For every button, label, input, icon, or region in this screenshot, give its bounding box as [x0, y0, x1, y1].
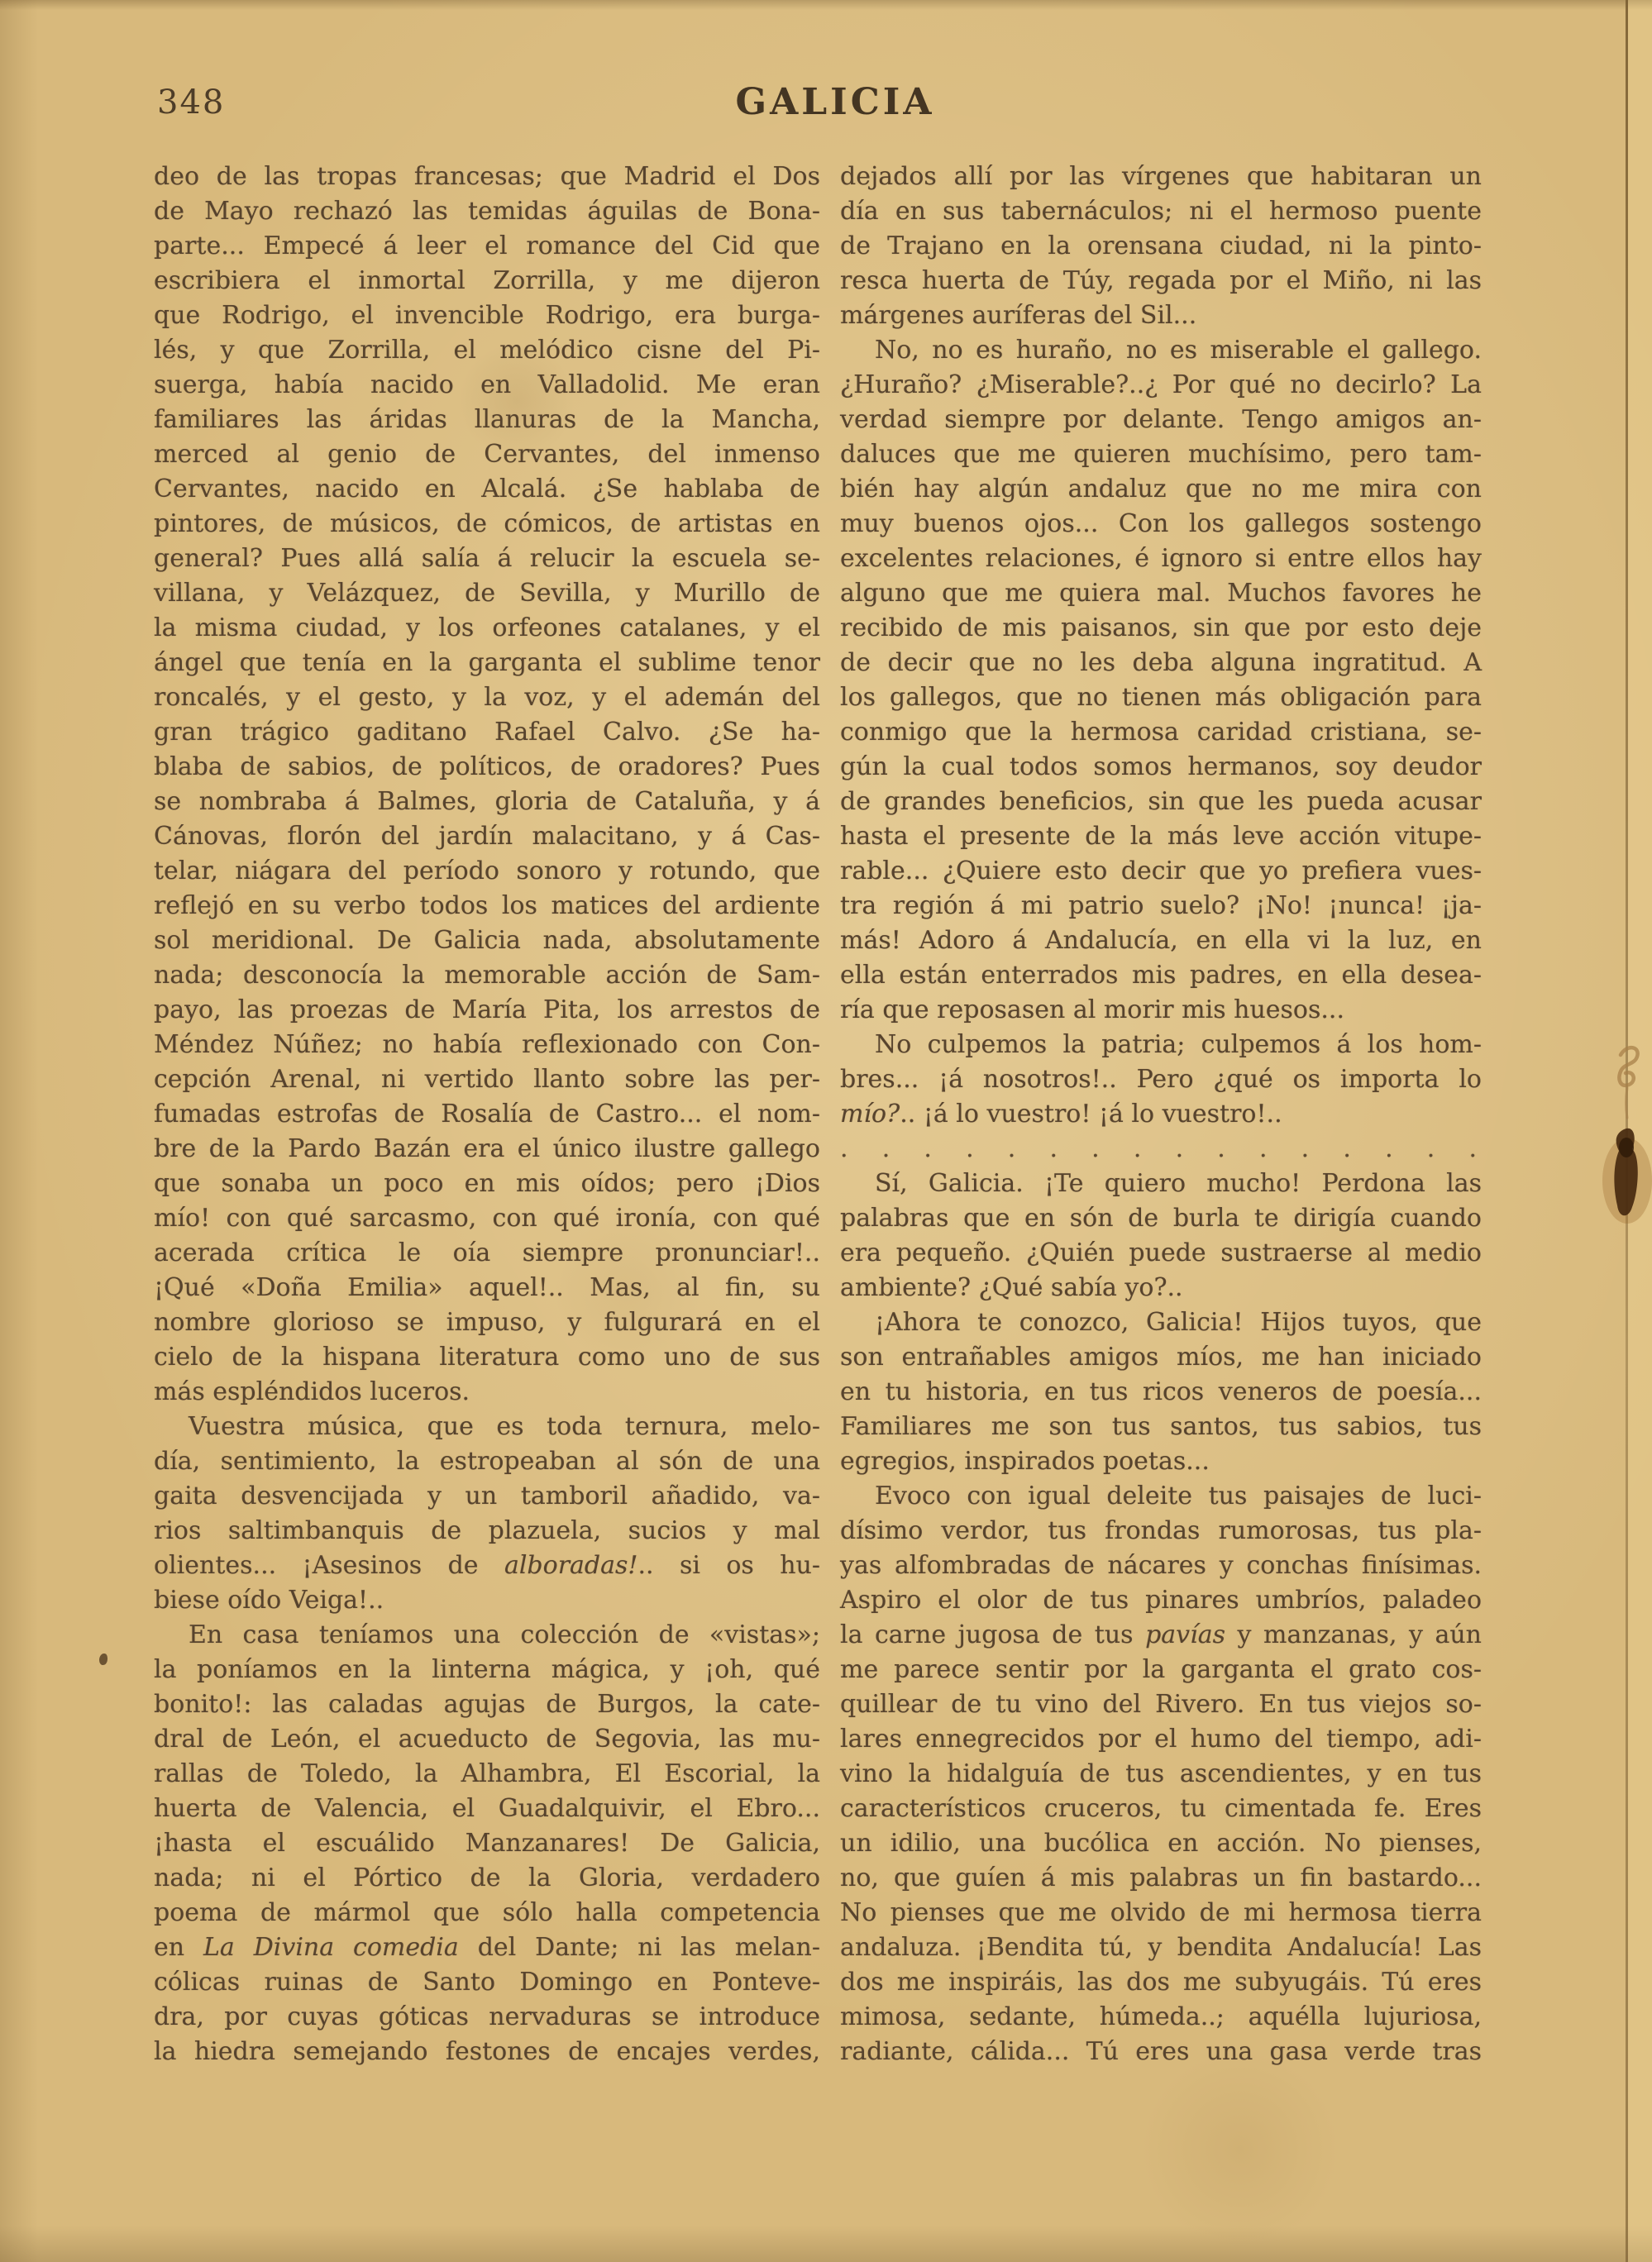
text-line: ¡Qué «Doña Emilia» aquel!.. Mas, al fin,…	[154, 1271, 820, 1305]
text-line: egregios, inspirados poetas...	[840, 1444, 1482, 1479]
text-line: acerada crítica le oía siempre pronuncia…	[154, 1236, 820, 1271]
right-text-column: dejados allí por las vírgenes que habita…	[840, 160, 1482, 2069]
text-line: gún la cual todos somos hermanos, soy de…	[840, 750, 1482, 785]
text-line: dejados allí por las vírgenes que habita…	[840, 160, 1482, 194]
ink-squiggle-mark	[1596, 1040, 1652, 1123]
text-line: bre de la Pardo Bazán era el único ilust…	[154, 1132, 820, 1167]
text-line: la poníamos en la linterna mágica, y ¡oh…	[154, 1653, 820, 1687]
text-line: muy buenos ojos... Con los gallegos sost…	[840, 507, 1482, 542]
ink-dot-mark	[99, 1654, 107, 1665]
text-line: lares ennegrecidos por el humo del tiemp…	[840, 1722, 1482, 1757]
text-line: No culpemos la patria; culpemos á los ho…	[840, 1028, 1482, 1062]
text-line: cielo de la hispana literatura como uno …	[154, 1340, 820, 1375]
text-line: márgenes auríferas del Sil...	[840, 298, 1482, 333]
text-line: merced al genio de Cervantes, del inmens…	[154, 437, 820, 472]
text-line: No pienses que me olvido de mi hermosa t…	[840, 1896, 1482, 1930]
text-line: Aspiro el olor de tus pinares umbríos, p…	[840, 1583, 1482, 1618]
text-line: reflejó en su verbo todos los matices de…	[154, 889, 820, 923]
text-line: tra región á mi patrio suelo? ¡No! ¡nunc…	[840, 889, 1482, 923]
text-line: yas alfombradas de nácares y conchas fin…	[840, 1549, 1482, 1583]
text-line: verdad siempre por delante. Tengo amigos…	[840, 403, 1482, 437]
text-line: . . . . . . . . . . . . . . . .	[840, 1132, 1482, 1167]
text-line: son entrañables amigos míos, me han inic…	[840, 1340, 1482, 1375]
text-line: deo de las tropas francesas; que Madrid …	[154, 160, 820, 194]
text-line: cepción Arenal, ni vertido llanto sobre …	[154, 1062, 820, 1097]
text-line: en tu historia, en tus ricos veneros de …	[840, 1375, 1482, 1410]
text-line: ría que reposasen al morir mis huesos...	[840, 993, 1482, 1028]
text-line: Cervantes, nacido en Alcalá. ¿Se hablaba…	[154, 472, 820, 507]
text-line: característicos cruceros, tu cimentada f…	[840, 1792, 1482, 1826]
text-line: Cánovas, florón del jardín malacitano, y…	[154, 819, 820, 854]
text-line: rallas de Toledo, la Alhambra, El Escori…	[154, 1757, 820, 1792]
text-line: hasta el presente de la más leve acción …	[840, 819, 1482, 854]
text-line: En casa teníamos una colección de «vista…	[154, 1618, 820, 1653]
text-line: de Mayo rechazó las temidas águilas de B…	[154, 194, 820, 229]
text-line: rios saltimbanquis de plazuela, sucios y…	[154, 1514, 820, 1549]
text-line: la hiedra semejando festones de encajes …	[154, 2035, 820, 2069]
text-line: más espléndidos luceros.	[154, 1375, 820, 1410]
text-line: quillear de tu vino del Rivero. En tus v…	[840, 1687, 1482, 1722]
text-line: lés, y que Zorrilla, el melódico cisne d…	[154, 333, 820, 368]
text-line: dos me inspiráis, las dos me subyugáis. …	[840, 1965, 1482, 2000]
text-line: ¡hasta el escuálido Manzanares! De Galic…	[154, 1826, 820, 1861]
text-line: nada; ni el Pórtico de la Gloria, verdad…	[154, 1861, 820, 1896]
text-line: mío! con qué sarcasmo, con qué ironía, c…	[154, 1201, 820, 1236]
page-title: GALICIA	[709, 81, 961, 123]
text-line: bres... ¡á nosotros!.. Pero ¿qué os impo…	[840, 1062, 1482, 1097]
text-line: pintores, de músicos, de cómicos, de art…	[154, 507, 820, 542]
text-line: ángel que tenía en la garganta el sublim…	[154, 646, 820, 680]
page-number: 348	[157, 84, 225, 122]
text-line: palabras que en són de burla te dirigía …	[840, 1201, 1482, 1236]
text-line: más! Adoro á Andalucía, en ella vi la lu…	[840, 923, 1482, 958]
text-line: bién hay algún andaluz que no me mira co…	[840, 472, 1482, 507]
text-line: los gallegos, que no tienen más obligaci…	[840, 680, 1482, 715]
text-line: excelentes relaciones, é ignoro si entre…	[840, 542, 1482, 576]
scanned-book-page: { "page": { "number": "348", "title": "G…	[0, 0, 1652, 2262]
text-line: Familiares me son tus santos, tus sabios…	[840, 1410, 1482, 1444]
text-line: sol meridional. De Galicia nada, absolut…	[154, 923, 820, 958]
text-line: mío?.. ¡á lo vuestro! ¡á lo vuestro!..	[840, 1097, 1482, 1132]
text-line: ella están enterrados mis padres, en ell…	[840, 958, 1482, 993]
text-line: se nombraba á Balmes, gloria de Cataluña…	[154, 785, 820, 819]
text-line: mimosa, sedante, húmeda..; aquélla lujur…	[840, 2000, 1482, 2035]
text-line: blaba de sabios, de políticos, de orador…	[154, 750, 820, 785]
ink-blot-mark	[1596, 1123, 1652, 1238]
text-line: general? Pues allá salía á relucir la es…	[154, 542, 820, 576]
text-line: día, sentimiento, la estropeaban al són …	[154, 1444, 820, 1479]
text-line: era pequeño. ¿Quién puede sustraerse al …	[840, 1236, 1482, 1271]
text-line: Vuestra música, que es toda ternura, mel…	[154, 1410, 820, 1444]
text-line: fumadas estrofas de Rosalía de Castro...…	[154, 1097, 820, 1132]
text-line: ambiente? ¿Qué sabía yo?..	[840, 1271, 1482, 1305]
text-line: de grandes beneficios, sin que les pueda…	[840, 785, 1482, 819]
text-line: que sonaba un poco en mis oídos; pero ¡D…	[154, 1167, 820, 1201]
text-line: dra, por cuyas góticas nervaduras se int…	[154, 2000, 820, 2035]
text-line: de decir que no les deba alguna ingratit…	[840, 646, 1482, 680]
text-line: daluces que me quieren muchísimo, pero t…	[840, 437, 1482, 472]
text-line: resca huerta de Túy, regada por el Miño,…	[840, 264, 1482, 298]
text-line: No, no es huraño, no es miserable el gal…	[840, 333, 1482, 368]
text-line: gran trágico gaditano Rafael Calvo. ¿Se …	[154, 715, 820, 750]
text-line: huerta de Valencia, el Guadalquivir, el …	[154, 1792, 820, 1826]
text-line: parte... Empecé á leer el romance del Ci…	[154, 229, 820, 264]
text-line: de Trajano en la orensana ciudad, ni la …	[840, 229, 1482, 264]
text-line: la misma ciudad, y los orfeones catalane…	[154, 611, 820, 646]
text-line: bonito!: las caladas agujas de Burgos, l…	[154, 1687, 820, 1722]
text-line: escribiera el inmortal Zorrilla, y me di…	[154, 264, 820, 298]
text-line: me parece sentir por la garganta el grat…	[840, 1653, 1482, 1687]
left-text-column: deo de las tropas francesas; que Madrid …	[154, 160, 820, 2069]
text-line: la carne jugosa de tus pavías y manzanas…	[840, 1618, 1482, 1653]
text-line: villana, y Velázquez, de Sevilla, y Muri…	[154, 576, 820, 611]
text-line: día en sus tabernáculos; ni el hermoso p…	[840, 194, 1482, 229]
text-line: cólicas ruinas de Santo Domingo en Ponte…	[154, 1965, 820, 2000]
text-line: suerga, había nacido en Valladolid. Me e…	[154, 368, 820, 403]
text-line: Méndez Núñez; no había reflexionado con …	[154, 1028, 820, 1062]
text-line: andaluza. ¡Bendita tú, y bendita Andaluc…	[840, 1930, 1482, 1965]
text-line: roncalés, y el gesto, y la voz, y el ade…	[154, 680, 820, 715]
text-line: alguno que me quiera mal. Muchos favores…	[840, 576, 1482, 611]
text-line: olientes... ¡Asesinos de alboradas!.. si…	[154, 1549, 820, 1583]
text-line: gaita desvencijada y un tamboril añadido…	[154, 1479, 820, 1514]
text-line: en La Divina comedia del Dante; ni las m…	[154, 1930, 820, 1965]
text-line: dral de León, el acueducto de Segovia, l…	[154, 1722, 820, 1757]
text-line: vino la hidalguía de tus ascendientes, y…	[840, 1757, 1482, 1792]
text-line: recibido de mis paisanos, sin que por es…	[840, 611, 1482, 646]
text-line: telar, niágara del período sonoro y rotu…	[154, 854, 820, 889]
text-line: radiante, cálida... Tú eres una gasa ver…	[840, 2035, 1482, 2069]
text-line: un idilio, una bucólica en acción. No pi…	[840, 1826, 1482, 1861]
text-line: que Rodrigo, el invencible Rodrigo, era …	[154, 298, 820, 333]
text-line: biese oído Veiga!..	[154, 1583, 820, 1618]
text-line: no, que guíen á mis palabras un fin bast…	[840, 1861, 1482, 1896]
text-line: nombre glorioso se impuso, y fulgurará e…	[154, 1305, 820, 1340]
text-line: poema de mármol que sólo halla competenc…	[154, 1896, 820, 1930]
text-line: familiares las áridas llanuras de la Man…	[154, 403, 820, 437]
text-line: dísimo verdor, tus frondas rumorosas, tu…	[840, 1514, 1482, 1549]
text-line: ¿Huraño? ¿Miserable?..¿ Por qué no decir…	[840, 368, 1482, 403]
text-line: nada; desconocía la memorable acción de …	[154, 958, 820, 993]
text-line: conmigo que la hermosa caridad cristiana…	[840, 715, 1482, 750]
text-line: payo, las proezas de María Pita, los arr…	[154, 993, 820, 1028]
text-line: ¡Ahora te conozco, Galicia! Hijos tuyos,…	[840, 1305, 1482, 1340]
text-line: Evoco con igual deleite tus paisajes de …	[840, 1479, 1482, 1514]
text-line: Sí, Galicia. ¡Te quiero mucho! Perdona l…	[840, 1167, 1482, 1201]
text-line: rable... ¿Quiere esto decir que yo prefi…	[840, 854, 1482, 889]
